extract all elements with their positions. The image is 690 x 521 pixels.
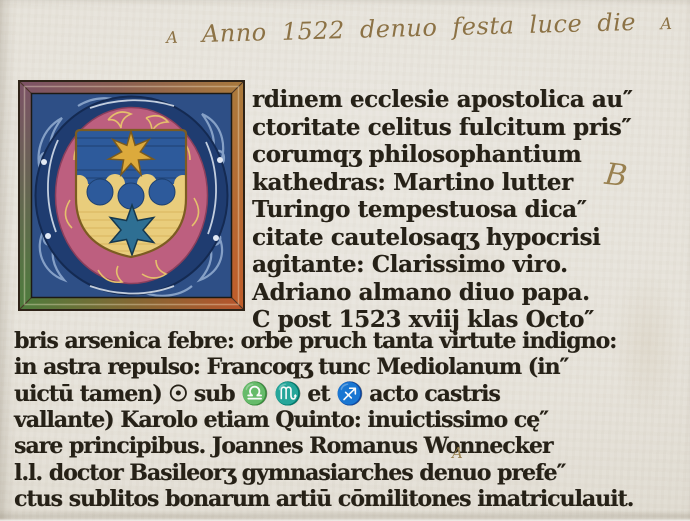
text-line: citate cautelosaqʒ hypocrisi [252,224,600,252]
text-line: ctoritate celitus fulcitum pris″ [252,114,631,142]
text-line: kathedras: Martino lutter [252,169,573,197]
page-bottom-edge [0,510,690,521]
text-line: vallante) Karolo etiam Quinto: inuictiss… [14,407,548,433]
marginal-monogram: B [603,157,629,194]
initial-artwork [18,80,245,311]
insert-mark: A [452,444,463,462]
annotation-left-mark: A [166,27,178,46]
text-line: bris arsenica febre: orbe pruch tanta vi… [14,328,616,354]
manuscript-page: { "document": { "kind": "illuminated man… [0,0,690,521]
text-line: Adriano almano diuo papa. [252,279,590,307]
text-line: Turingo tempestuosa dica″ [252,196,587,224]
text-line: ctus sublitos bonarum artiū cōmilitones … [14,486,633,512]
text-line: uictū tamen) ☉ sub ♎ ♏ et ♐ acto castris [14,381,500,407]
text-line: l.l. doctor Basileorʒ gymnasiarches denu… [14,460,565,486]
text-line: in astra repulso: Francoqʒ tunc Mediolan… [14,354,568,380]
text-line: rdinem ecclesie apostolica au″ [252,86,633,114]
text-line: corumqʒ philosophantium [252,141,581,169]
top-annotation: A Anno 1522 denuo festa luce die A [166,7,673,49]
illuminated-initial-O [18,80,245,311]
parchment-stain [612,268,682,418]
annotation-right-mark: A [660,13,672,32]
text-line: sare principibus. Joannes Romanus Wonnec… [14,433,553,459]
annotation-text: Anno 1522 denuo festa luce die [202,8,637,48]
text-line: agitante: Clarissimo viro. [252,251,568,279]
